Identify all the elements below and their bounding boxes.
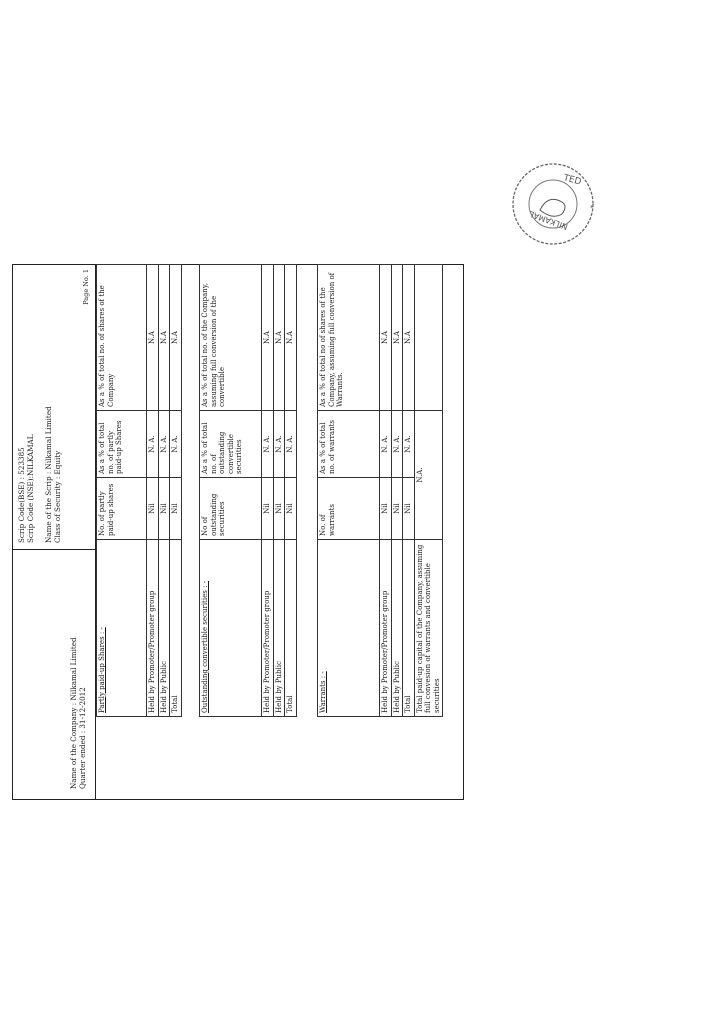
cell: N. A.	[285, 411, 297, 478]
security-class: Class of Security : Equity	[53, 406, 62, 543]
row-label: Held by Public	[273, 540, 285, 717]
cell: Nil	[170, 478, 182, 540]
table-row: Held by Public Nil N. A. N.A	[158, 265, 170, 717]
svg-text:*: *	[590, 204, 594, 212]
cell: N.A	[380, 265, 392, 411]
table-row: Held by Public Nil N. A. N.A	[391, 265, 403, 717]
table-row: Held by Public Nil N. A. N.A	[273, 265, 285, 717]
scrip-code-nse: Scrip Code (NSE):NILKAMAL	[26, 406, 35, 543]
section-title: Partly paid-up Shares : -	[97, 540, 147, 717]
cell: N.A	[262, 265, 274, 411]
row-label: Total	[285, 540, 297, 717]
column-header: As a % of total no. of the Company, assu…	[200, 265, 262, 411]
row-label: Held by Public	[158, 540, 170, 717]
row-label: Held by Promoter/Promoter group	[380, 540, 392, 717]
cell: N.A	[403, 265, 415, 411]
row-label: Total	[403, 540, 415, 717]
cell: N. A.	[147, 411, 159, 478]
column-header: As a % of total no. of outstanding conve…	[200, 411, 262, 478]
scrip-code-bse: Scrip Code(BSE) : 523385	[17, 406, 26, 543]
svg-text:TED: TED	[561, 173, 582, 188]
column-header: As a % of total no. of partly paid-up Sh…	[97, 411, 147, 478]
empty-cell	[414, 265, 443, 411]
cell: N. A.	[262, 411, 274, 478]
partly-paid-table: Partly paid-up Shares : - No. of partly …	[96, 264, 182, 717]
column-header: As a % of total no. of warrants	[318, 411, 380, 478]
cell: Nil	[403, 478, 415, 540]
table-row: Total Nil N. A. N.A	[285, 265, 297, 717]
cell: Nil	[391, 478, 403, 540]
row-label: Held by Public	[391, 540, 403, 717]
cell: N.A	[147, 265, 159, 411]
column-header: No. of partly paid-up shares	[97, 478, 147, 540]
table-row: Held by Promoter/Promoter group Nil N. A…	[380, 265, 392, 717]
table-row: Total Nil N. A. N.A	[170, 265, 182, 717]
table-row: Held by Promoter/Promoter group Nil N. A…	[262, 265, 274, 717]
cell: N.A	[391, 265, 403, 411]
column-header: No. of warrants	[318, 478, 380, 540]
table-row: Held by Promoter/Promoter group Nil N. A…	[147, 265, 159, 717]
section-title: Outstanding convertible securities : -	[200, 540, 262, 717]
section-title: Warrants : -	[318, 540, 380, 717]
cell: Nil	[273, 478, 285, 540]
cell: N. A.	[380, 411, 392, 478]
company-name: Name of the Company : Nilkamal Limited	[69, 637, 78, 789]
quarter-ended: Quarter ended : 31-12-2012	[78, 637, 87, 789]
cell: N. A.	[391, 411, 403, 478]
cell: N.A.	[414, 411, 443, 540]
cell: Nil	[147, 478, 159, 540]
cell: N.A	[285, 265, 297, 411]
cell: Nil	[380, 478, 392, 540]
column-header: As a % of total no. of shares of the Com…	[97, 265, 147, 411]
page-number: Page No. 1	[82, 269, 91, 305]
cell: N. A.	[170, 411, 182, 478]
cell: N.A	[273, 265, 285, 411]
grand-total-row: Total paid-up capital of the Company, as…	[414, 265, 443, 717]
row-label: Held by Promoter/Promoter group	[147, 540, 159, 717]
convertible-securities-table: Outstanding convertible securities : - N…	[199, 264, 297, 717]
shareholding-page: Name of the Company : Nilkamal Limited Q…	[12, 264, 464, 800]
cell: Nil	[262, 478, 274, 540]
row-label: Held by Promoter/Promoter group	[262, 540, 274, 717]
row-label: Total	[170, 540, 182, 717]
cell: N.A	[170, 265, 182, 411]
warrants-table: Warrants : - No. of warrants As a % of t…	[317, 264, 443, 717]
cell: N. A.	[273, 411, 285, 478]
cell: N.A	[158, 265, 170, 411]
company-header: Name of the Company : Nilkamal Limited Q…	[12, 550, 96, 800]
column-header: As a % of total no of shares of the Comp…	[318, 265, 380, 411]
column-header: No of outstanding securities	[200, 478, 262, 540]
table-row: Total Nil N. A. N.A	[403, 265, 415, 717]
cell: N. A.	[158, 411, 170, 478]
cell: Nil	[285, 478, 297, 540]
cell: Nil	[158, 478, 170, 540]
scrip-header: Scrip Code(BSE) : 523385 Scrip Code (NSE…	[12, 264, 96, 550]
company-seal-stamp: TED NILKAMAL *	[508, 158, 598, 250]
row-label: Total paid-up capital of the Company, as…	[414, 540, 443, 717]
scrip-name: Name of the Scrip : Nilkamal Limited	[44, 406, 53, 543]
cell: N. A.	[403, 411, 415, 478]
